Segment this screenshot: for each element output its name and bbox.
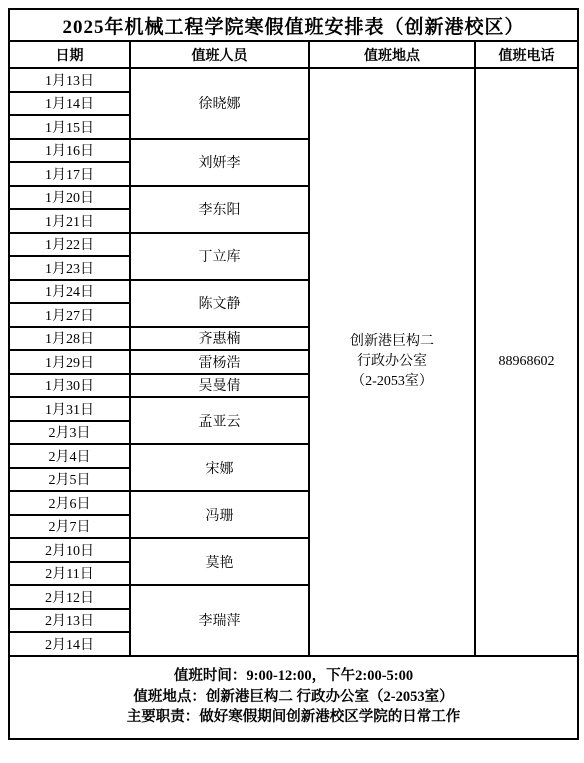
column-header-phone: 值班电话 <box>475 41 578 68</box>
person-cell: 李瑞萍 <box>130 585 309 656</box>
location-line: 行政办公室 <box>310 352 474 372</box>
date-cell: 1月21日 <box>9 209 130 233</box>
location-line: 创新港巨构二 <box>310 332 474 352</box>
footer-notes: 值班时间：9:00-12:00，下午2:00-5:00 值班地点：创新港巨构二 … <box>9 656 578 739</box>
person-cell: 孟亚云 <box>130 397 309 444</box>
date-cell: 2月11日 <box>9 562 130 586</box>
date-cell: 1月24日 <box>9 280 130 304</box>
person-cell: 丁立库 <box>130 233 309 280</box>
footer-note-duty-time: 值班时间：9:00-12:00，下午2:00-5:00 <box>10 666 577 687</box>
date-cell: 1月14日 <box>9 92 130 116</box>
table-row: 1月13日徐晓娜创新港巨构二行政办公室（2-2053室）88968602 <box>9 68 578 92</box>
date-cell: 2月3日 <box>9 421 130 445</box>
footer-note-duty-responsibility: 主要职责：做好寒假期间创新港校区学院的日常工作 <box>10 707 577 728</box>
person-cell: 刘妍李 <box>130 139 309 186</box>
person-cell: 雷杨浩 <box>130 350 309 374</box>
date-cell: 1月23日 <box>9 256 130 280</box>
schedule-body: 1月13日徐晓娜创新港巨构二行政办公室（2-2053室）889686021月14… <box>9 68 578 656</box>
date-cell: 2月5日 <box>9 468 130 492</box>
date-cell: 2月13日 <box>9 609 130 633</box>
date-cell: 1月30日 <box>9 374 130 398</box>
column-header-location: 值班地点 <box>309 41 475 68</box>
date-cell: 1月31日 <box>9 397 130 421</box>
person-cell: 徐晓娜 <box>130 68 309 139</box>
date-cell: 2月7日 <box>9 515 130 539</box>
date-cell: 1月28日 <box>9 327 130 351</box>
person-cell: 陈文静 <box>130 280 309 327</box>
date-cell: 2月12日 <box>9 585 130 609</box>
location-cell: 创新港巨构二行政办公室（2-2053室） <box>309 68 475 656</box>
phone-cell: 88968602 <box>475 68 578 656</box>
person-cell: 李东阳 <box>130 186 309 233</box>
date-cell: 2月10日 <box>9 538 130 562</box>
person-cell: 齐惠楠 <box>130 327 309 351</box>
table-title: 2025年机械工程学院寒假值班安排表（创新港校区） <box>9 9 578 41</box>
date-cell: 1月16日 <box>9 139 130 163</box>
column-header-date: 日期 <box>9 41 130 68</box>
date-cell: 1月29日 <box>9 350 130 374</box>
date-cell: 1月15日 <box>9 115 130 139</box>
date-cell: 1月22日 <box>9 233 130 257</box>
duty-schedule-sheet: 2025年机械工程学院寒假值班安排表（创新港校区） 日期 值班人员 值班地点 值… <box>8 8 579 740</box>
date-cell: 1月13日 <box>9 68 130 92</box>
column-header-person: 值班人员 <box>130 41 309 68</box>
footer-note-duty-location: 值班地点：创新港巨构二 行政办公室（2-2053室） <box>10 687 577 708</box>
person-cell: 冯珊 <box>130 491 309 538</box>
person-cell: 宋娜 <box>130 444 309 491</box>
duty-table: 2025年机械工程学院寒假值班安排表（创新港校区） 日期 值班人员 值班地点 值… <box>8 8 579 740</box>
date-cell: 2月14日 <box>9 632 130 656</box>
date-cell: 2月4日 <box>9 444 130 468</box>
person-cell: 吴曼倩 <box>130 374 309 398</box>
date-cell: 1月17日 <box>9 162 130 186</box>
person-cell: 莫艳 <box>130 538 309 585</box>
date-cell: 1月27日 <box>9 303 130 327</box>
location-line: （2-2053室） <box>310 372 474 392</box>
date-cell: 1月20日 <box>9 186 130 210</box>
date-cell: 2月6日 <box>9 491 130 515</box>
